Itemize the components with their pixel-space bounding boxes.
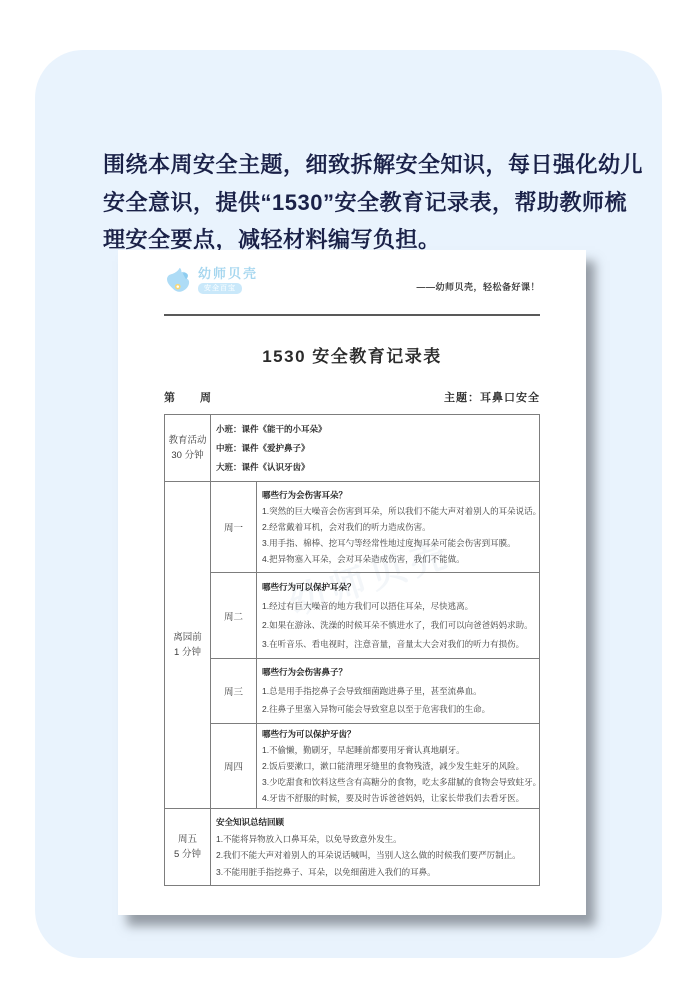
friday-label: 周五 xyxy=(166,832,209,847)
topic-question: 哪些行为会伤害鼻子？ xyxy=(262,663,534,682)
record-table: 教育活动 30 分钟 小班：课件《能干的小耳朵》 中班：课件《爱护鼻子》 大班：… xyxy=(164,414,540,886)
document-title: 1530 安全教育记录表 xyxy=(164,342,540,367)
header-divider xyxy=(164,314,540,316)
document-paper: 幼师贝壳 幼师贝壳 安全百宝 xyxy=(118,250,586,915)
topic-question: 哪些行为可以保护耳朵？ xyxy=(262,578,534,597)
week-label: 第 周 xyxy=(164,389,212,405)
knowledge-point: 3.用手指、棉棒、挖耳勺等经常性地过度掏耳朵可能会伤害到耳膜。 xyxy=(262,535,534,551)
knowledge-point: 3.不能用脏手指挖鼻子、耳朵，以免细菌进入我们的耳鼻。 xyxy=(216,864,534,881)
document-header: 幼师贝壳 安全百宝 ——幼师贝壳，轻松备好课！ xyxy=(164,266,540,306)
activity-duration-cell: 教育活动 30 分钟 xyxy=(165,415,211,482)
knowledge-point: 4.牙齿不舒服的时候，要及时告诉爸爸妈妈，让家长带我们去看牙医。 xyxy=(262,790,534,806)
knowledge-point: 4.把异物塞入耳朵，会对耳朵造成伤害，我们不能做。 xyxy=(262,551,534,567)
topic-question: 哪些行为会伤害耳朵？ xyxy=(262,487,534,503)
intro-text: 围绕本周安全主题，细致拆解安全知识，每日强化幼儿 安全意识，提供“1530”安全… xyxy=(103,146,681,259)
wednesday-content-cell: 哪些行为会伤害鼻子？ 1.总是用手指挖鼻子会导致细菌跑进鼻子里，甚至流鼻血。 2… xyxy=(257,659,540,724)
thursday-content-cell: 哪些行为可以保护牙齿？ 1.不偷懒，勤刷牙，早起睡前都要用牙膏认真地刷牙。 2.… xyxy=(257,724,540,809)
brand-tagline: ——幼师贝壳，轻松备好课！ xyxy=(416,280,540,293)
topic-question: 哪些行为可以保护牙齿？ xyxy=(262,726,534,742)
knowledge-point: 1.经过有巨大噪音的地方我们可以捂住耳朵，尽快逃离。 xyxy=(262,597,534,616)
activity-content-cell: 小班：课件《能干的小耳朵》 中班：课件《爱护鼻子》 大班：课件《认识牙齿》 xyxy=(211,415,540,482)
friday-content-cell: 安全知识总结回顾 1.不能将异物放入口鼻耳朵，以免导致意外发生。 2.我们不能大… xyxy=(211,809,540,886)
knowledge-point: 2.我们不能大声对着别人的耳朵说话喊叫，当别人这么做的时候我们要严厉制止。 xyxy=(216,847,534,864)
table-row-friday: 周五 5 分钟 安全知识总结回顾 1.不能将异物放入口鼻耳朵，以免导致意外发生。… xyxy=(165,809,540,886)
day-label-monday: 周一 xyxy=(211,482,257,573)
knowledge-point: 2.饭后要漱口，漱口能清理牙缝里的食物残渣，减少发生蛀牙的风险。 xyxy=(262,758,534,774)
knowledge-point: 1.不偷懒，勤刷牙，早起睡前都要用牙膏认真地刷牙。 xyxy=(262,742,534,758)
courseware-line: 小班：课件《能干的小耳朵》 xyxy=(216,420,534,439)
day-label-wednesday: 周三 xyxy=(211,659,257,724)
brand-name: 幼师贝壳 xyxy=(198,266,258,281)
table-row-activity: 教育活动 30 分钟 小班：课件《能干的小耳朵》 中班：课件《爱护鼻子》 大班：… xyxy=(165,415,540,482)
knowledge-point: 3.在听音乐、看电视时，注意音量，音量太大会对我们的听力有损伤。 xyxy=(262,635,534,654)
knowledge-point: 1.总是用手指挖鼻子会导致细菌跑进鼻子里，甚至流鼻血。 xyxy=(262,682,534,701)
friday-time-cell: 周五 5 分钟 xyxy=(165,809,211,886)
daily-time-label: 离园前 xyxy=(166,630,209,645)
tuesday-content-cell: 哪些行为可以保护耳朵？ 1.经过有巨大噪音的地方我们可以捂住耳朵，尽快逃离。 2… xyxy=(257,573,540,659)
intro-line: 安全意识，提供“1530”安全教育记录表，帮助教师梳 xyxy=(103,184,681,222)
knowledge-point: 2.如果在游泳、洗澡的时候耳朵不慎进水了，我们可以向爸爸妈妈求助。 xyxy=(262,616,534,635)
brand-badge: 安全百宝 xyxy=(198,283,242,294)
daily-time-cell: 离园前 1 分钟 xyxy=(165,482,211,809)
courseware-line: 中班：课件《爱护鼻子》 xyxy=(216,439,534,458)
table-row-tuesday: 周二 哪些行为可以保护耳朵？ 1.经过有巨大噪音的地方我们可以捂住耳朵，尽快逃离… xyxy=(165,573,540,659)
knowledge-point: 2.经常戴着耳机，会对我们的听力造成伤害。 xyxy=(262,519,534,535)
table-row-wednesday: 周三 哪些行为会伤害鼻子？ 1.总是用手指挖鼻子会导致细菌跑进鼻子里，甚至流鼻血… xyxy=(165,659,540,724)
table-row-thursday: 周四 哪些行为可以保护牙齿？ 1.不偷懒，勤刷牙，早起睡前都要用牙膏认真地刷牙。… xyxy=(165,724,540,809)
page-background: 围绕本周安全主题，细致拆解安全知识，每日强化幼儿 安全意识，提供“1530”安全… xyxy=(0,0,700,999)
document-meta-row: 第 周 主题：耳鼻口安全 xyxy=(164,389,540,405)
day-label-tuesday: 周二 xyxy=(211,573,257,659)
monday-content-cell: 哪些行为会伤害耳朵？ 1.突然的巨大噪音会伤害到耳朵，所以我们不能大声对着别人的… xyxy=(257,482,540,573)
day-label-thursday: 周四 xyxy=(211,724,257,809)
knowledge-point: 2.往鼻子里塞入异物可能会导致窒息以至于危害我们的生命。 xyxy=(262,700,534,719)
friday-duration: 5 分钟 xyxy=(166,847,209,862)
courseware-line: 大班：课件《认识牙齿》 xyxy=(216,458,534,477)
intro-line: 围绕本周安全主题，细致拆解安全知识，每日强化幼儿 xyxy=(103,146,681,184)
summary-header: 安全知识总结回顾 xyxy=(216,814,534,831)
knowledge-point: 1.突然的巨大噪音会伤害到耳朵，所以我们不能大声对着别人的耳朵说话。 xyxy=(262,503,534,519)
knowledge-point: 1.不能将异物放入口鼻耳朵，以免导致意外发生。 xyxy=(216,831,534,848)
daily-time-duration: 1 分钟 xyxy=(166,645,209,660)
activity-label: 教育活动 xyxy=(166,433,209,448)
hand-ok-shell-icon xyxy=(164,266,194,301)
activity-duration: 30 分钟 xyxy=(166,448,209,463)
topic-label: 主题：耳鼻口安全 xyxy=(444,389,540,405)
table-row-monday: 离园前 1 分钟 周一 哪些行为会伤害耳朵？ 1.突然的巨大噪音会伤害到耳朵，所… xyxy=(165,482,540,573)
knowledge-point: 3.少吃甜食和饮料这些含有高糖分的食物，吃太多甜腻的食物会导致蛀牙。 xyxy=(262,774,534,790)
